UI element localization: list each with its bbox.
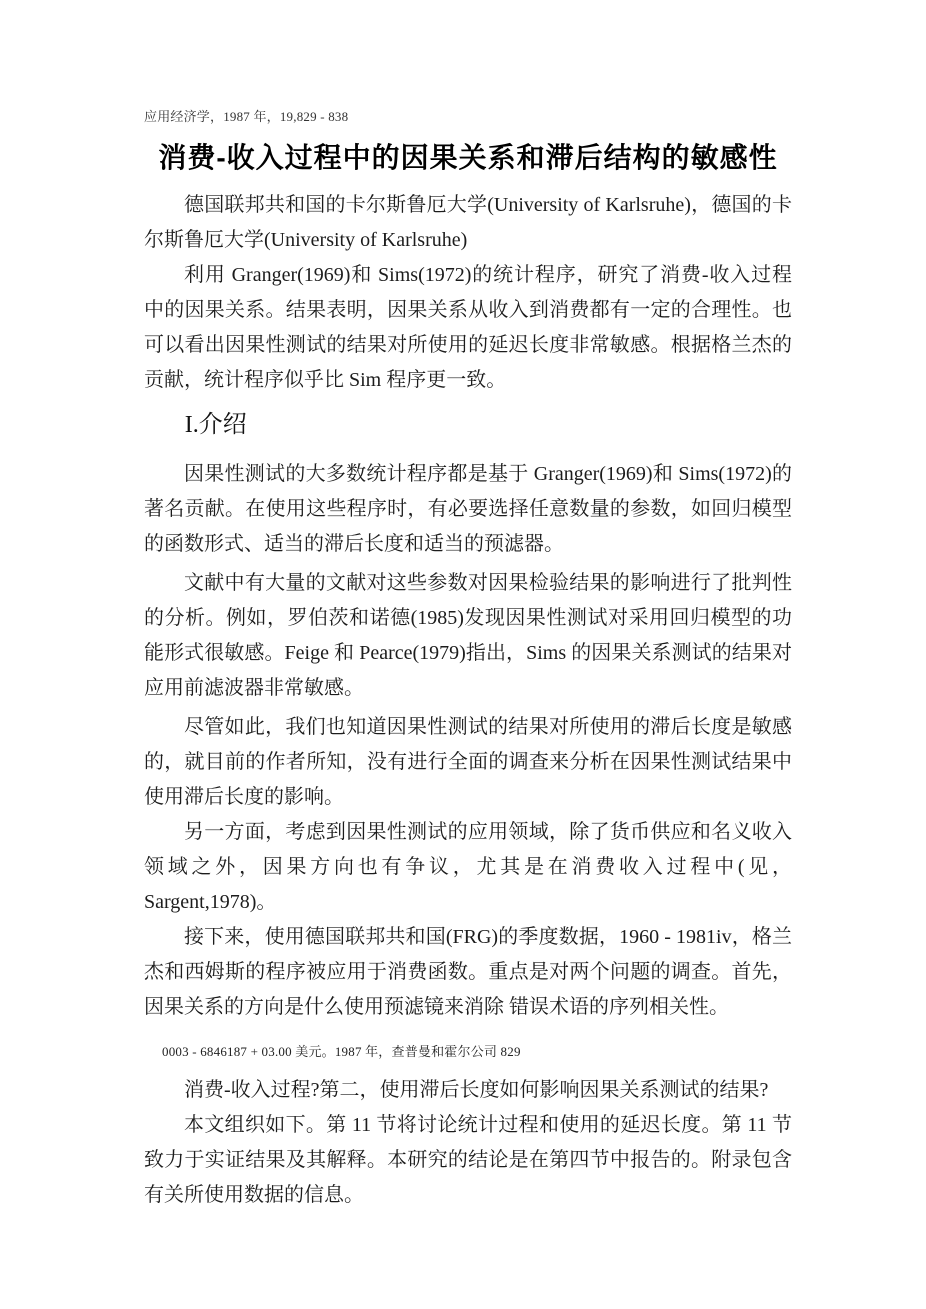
body-paragraph-1: 因果性测试的大多数统计程序都是基于 Granger(1969)和 Sims(19… [144,457,792,562]
copyright-footnote: 0003 - 6846187 + 03.00 美元。1987 年，查普曼和霍尔公… [162,1043,792,1061]
continuation-paragraph-2: 本文组织如下。第 11 节将讨论统计过程和使用的延迟长度。第 11 节致力于实证… [144,1108,792,1213]
paper-title: 消费-收入过程中的因果关系和滞后结构的敏感性 [144,138,792,178]
body-paragraph-4: 另一方面，考虑到因果性测试的应用领域，除了货币供应和名义收入领域之外，因果方向也… [144,815,792,920]
affiliation: 德国联邦共和国的卡尔斯鲁厄大学(University of Karlsruhe)… [144,188,792,258]
section-heading-introduction: I.介绍 [144,408,792,443]
document-page: 应用经济学，1987 年，19,829 - 838 消费-收入过程中的因果关系和… [0,0,926,1309]
continuation-paragraph-1: 消费-收入过程?第二，使用滞后长度如何影响因果关系测试的结果? [144,1073,792,1108]
abstract-paragraph: 利用 Granger(1969)和 Sims(1972)的统计程序，研究了消费-… [144,258,792,398]
body-paragraph-3: 尽管如此，我们也知道因果性测试的结果对所使用的滞后长度是敏感的，就目前的作者所知… [144,710,792,815]
body-paragraph-5: 接下来，使用德国联邦共和国(FRG)的季度数据，1960 - 1981iv，格兰… [144,920,792,1025]
journal-header: 应用经济学，1987 年，19,829 - 838 [144,108,792,126]
body-paragraph-2: 文献中有大量的文献对这些参数对因果检验结果的影响进行了批判性的分析。例如，罗伯茨… [144,566,792,706]
